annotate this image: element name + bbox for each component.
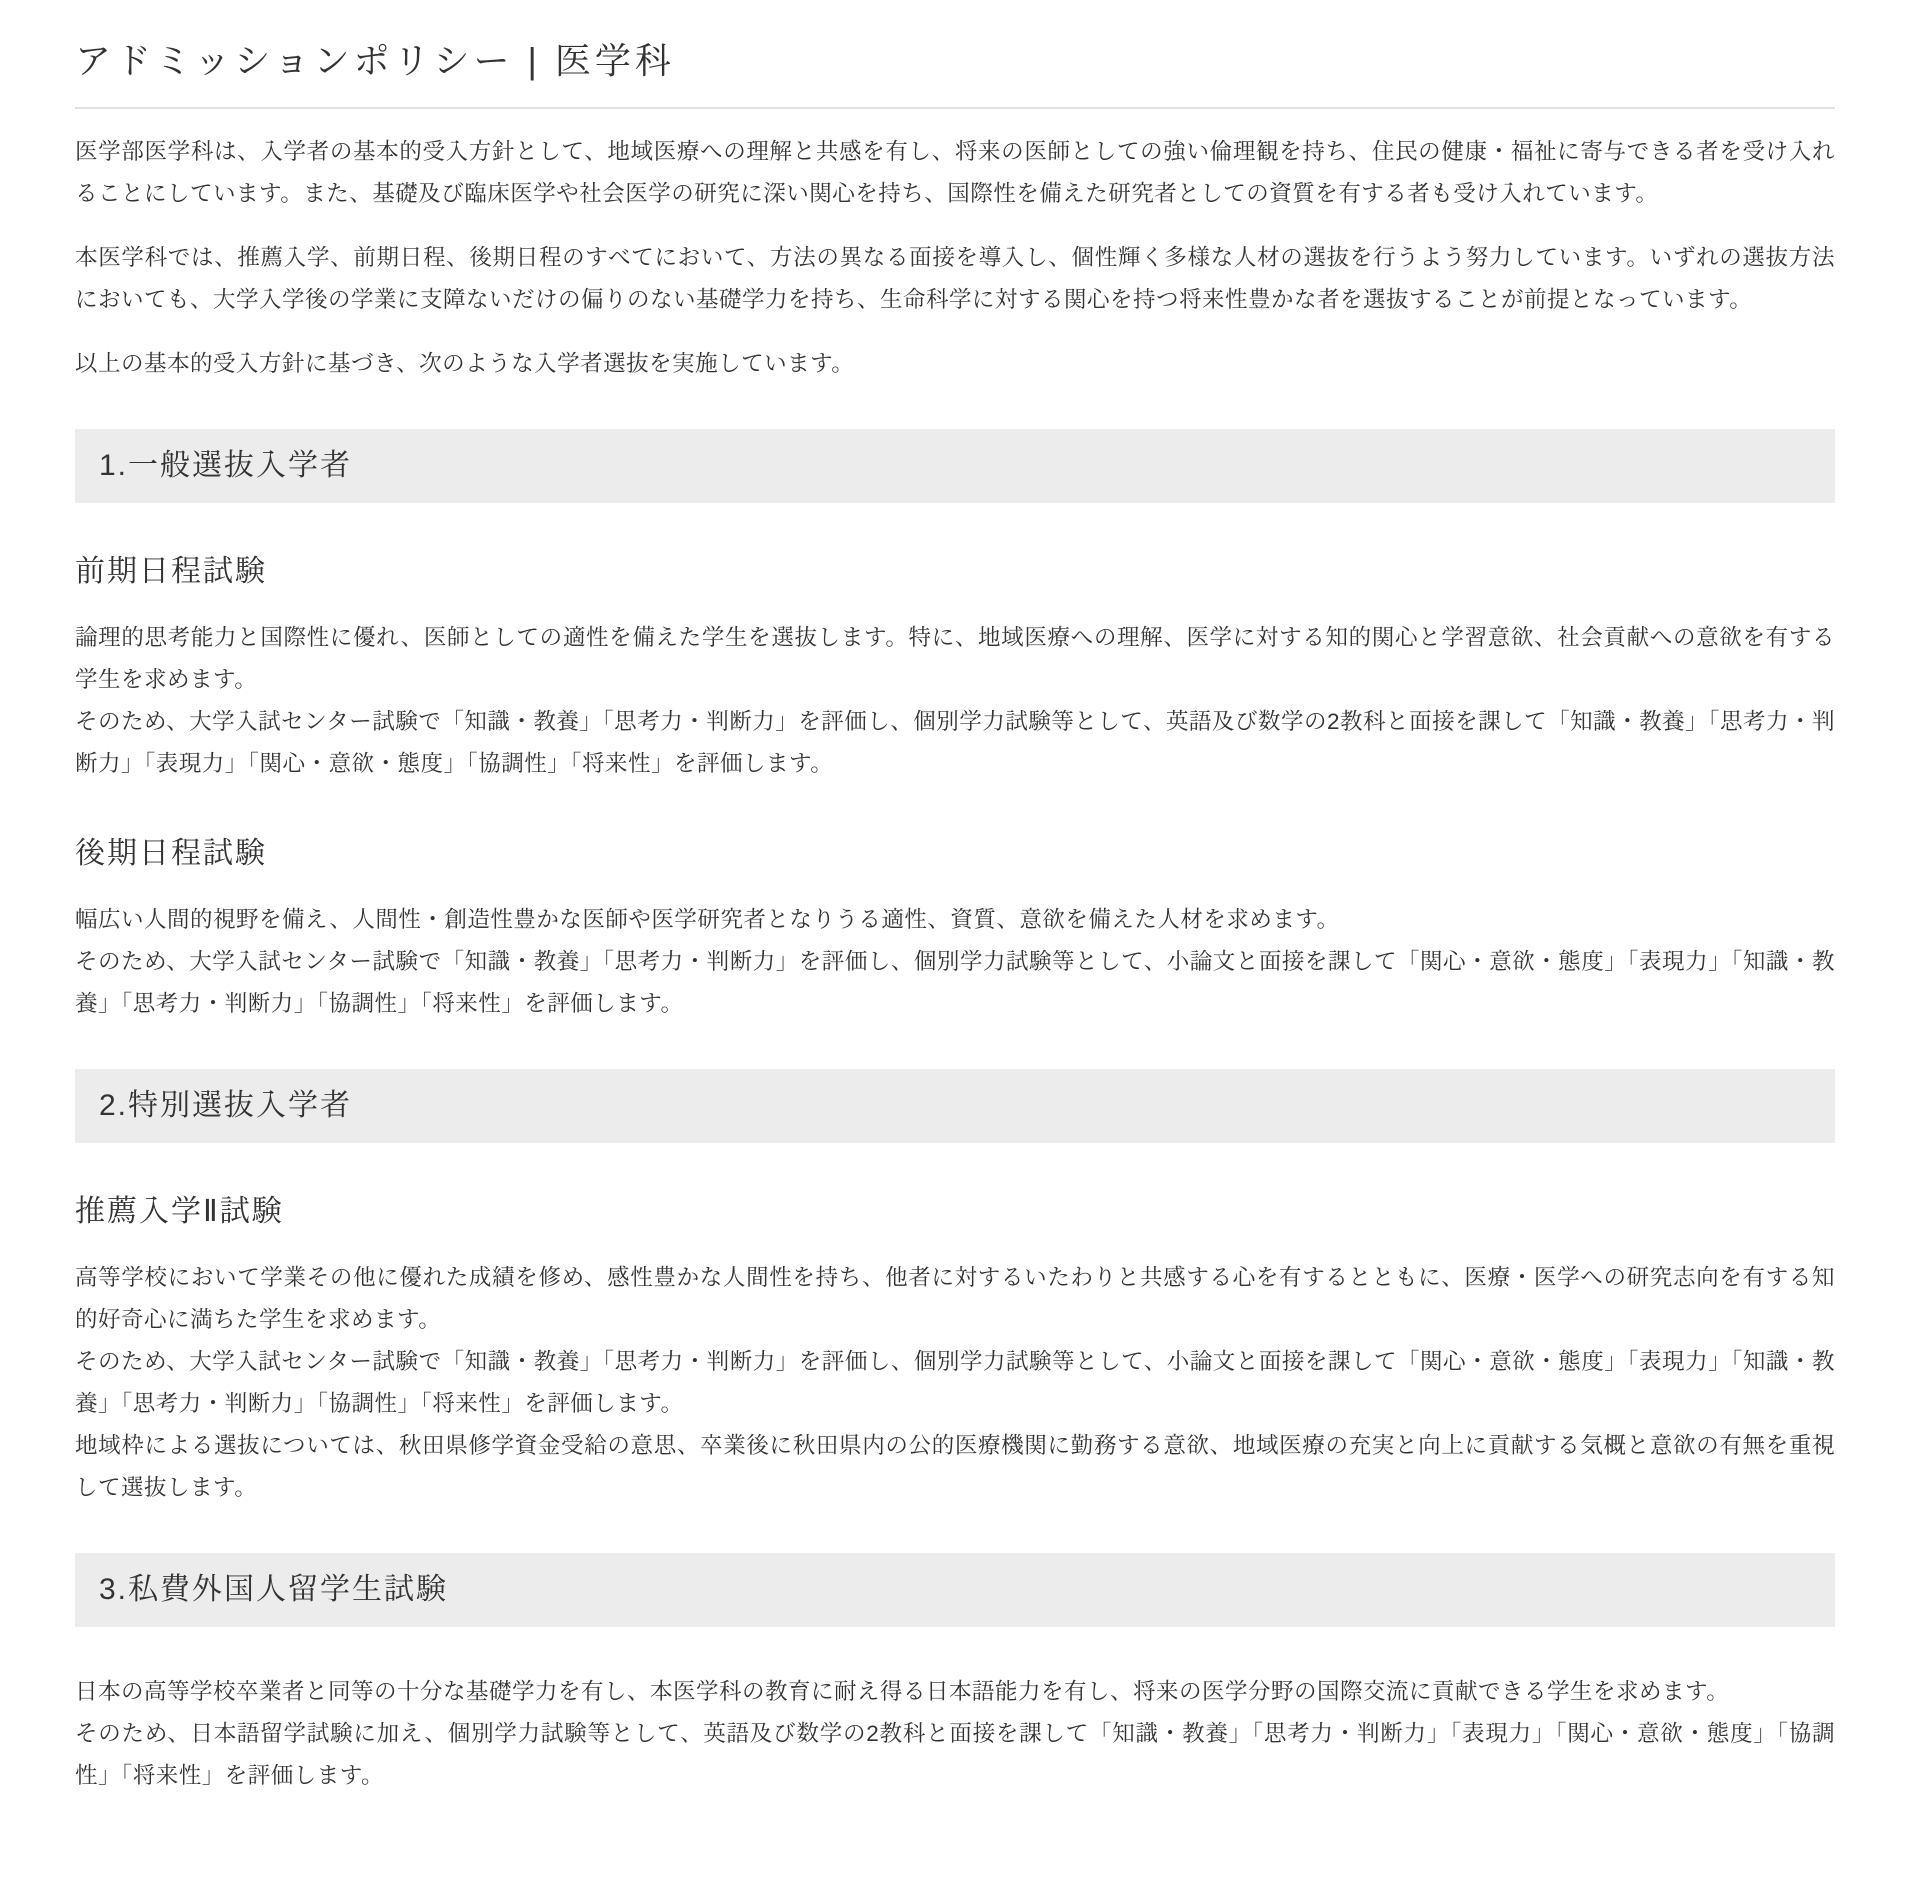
subsection-heading-early-schedule-exam: 前期日程試験 [75, 551, 1835, 593]
section-heading-special-selection: 2.特別選抜入学者 [75, 1069, 1835, 1143]
subsection-heading-recommendation-exam: 推薦入学Ⅱ試験 [75, 1191, 1835, 1233]
paragraph-line: そのため、大学入試センター試験で「知識・教養」「思考力・判断力」を評価し、個別学… [75, 941, 1835, 1025]
paragraph-line: 地域枠による選抜については、秋田県修学資金受給の意思、卒業後に秋田県内の公的医療… [75, 1425, 1835, 1509]
paragraph-line: 高等学校において学業その他に優れた成績を修め、感性豊かな人間性を持ち、他者に対す… [75, 1257, 1835, 1341]
paragraph-line: そのため、日本語留学試験に加え、個別学力試験等として、英語及び数学の2教科と面接… [75, 1713, 1835, 1797]
paragraph-line: 日本の高等学校卒業者と同等の十分な基礎学力を有し、本医学科の教育に耐え得る日本語… [75, 1671, 1835, 1713]
subsection-heading-late-schedule-exam: 後期日程試験 [75, 833, 1835, 875]
international-student-exam-paragraph: 日本の高等学校卒業者と同等の十分な基礎学力を有し、本医学科の教育に耐え得る日本語… [75, 1671, 1835, 1797]
paragraph-line: 論理的思考能力と国際性に優れ、医師としての適性を備えた学生を選抜します。特に、地… [75, 617, 1835, 701]
section-heading-international-student-exam: 3.私費外国人留学生試験 [75, 1553, 1835, 1627]
admission-policy-page: アドミッションポリシー | 医学科 医学部医学科は、入学者の基本的受入方針として… [75, 0, 1835, 1859]
intro-paragraph-2: 本医学科では、推薦入学、前期日程、後期日程のすべてにおいて、方法の異なる面接を導… [75, 237, 1835, 321]
paragraph-line: そのため、大学入試センター試験で「知識・教養」「思考力・判断力」を評価し、個別学… [75, 701, 1835, 785]
late-schedule-exam-paragraph: 幅広い人間的視野を備え、人間性・創造性豊かな医師や医学研究者となりうる適性、資質… [75, 899, 1835, 1025]
recommendation-exam-paragraph: 高等学校において学業その他に優れた成績を修め、感性豊かな人間性を持ち、他者に対す… [75, 1257, 1835, 1509]
page-title: アドミッションポリシー | 医学科 [75, 30, 1835, 109]
intro-paragraph-3: 以上の基本的受入方針に基づき、次のような入学者選抜を実施しています。 [75, 343, 1835, 385]
paragraph-line: そのため、大学入試センター試験で「知識・教養」「思考力・判断力」を評価し、個別学… [75, 1341, 1835, 1425]
intro-paragraph-1: 医学部医学科は、入学者の基本的受入方針として、地域医療への理解と共感を有し、将来… [75, 131, 1835, 215]
early-schedule-exam-paragraph: 論理的思考能力と国際性に優れ、医師としての適性を備えた学生を選抜します。特に、地… [75, 617, 1835, 785]
paragraph-line: 幅広い人間的視野を備え、人間性・創造性豊かな医師や医学研究者となりうる適性、資質… [75, 899, 1835, 941]
section-heading-general-selection: 1.一般選抜入学者 [75, 429, 1835, 503]
